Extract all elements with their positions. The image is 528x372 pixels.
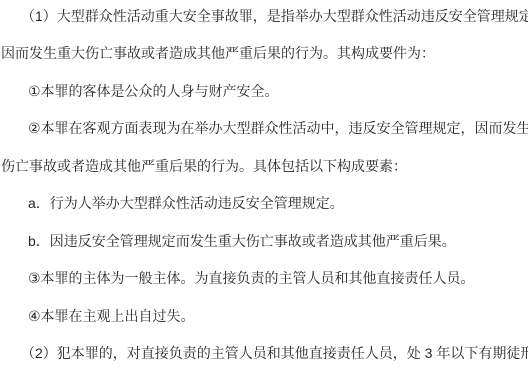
text-line: （1）大型群众性活动重大安全事故罪，是指举办大型群众性活动违反安全管理规定， xyxy=(21,8,528,24)
text-line: a．行为人举办大型群众性活动违反安全管理规定。 xyxy=(28,195,344,211)
text-line: 伤亡事故或者造成其他严重后果的行为。具体包括以下构成要素： xyxy=(1,158,407,174)
text-line: b．因违反安全管理规定而发生重大伤亡事故或者造成其他严重后果。 xyxy=(28,233,456,249)
text-line: ②本罪在客观方面表现为在举办大型群众性活动中，违反安全管理规定，因而发生重大 xyxy=(28,120,528,136)
text-line: ①本罪的客体是公众的人身与财产安全。 xyxy=(28,83,279,99)
text-line: ③本罪的主体为一般主体。为直接负责的主管人员和其他直接责任人员。 xyxy=(28,270,475,286)
text-line: ④本罪在主观上出自过失。 xyxy=(28,308,195,324)
document-page: （1）大型群众性活动重大安全事故罪，是指举办大型群众性活动违反安全管理规定， 因… xyxy=(0,0,528,372)
text-line: 因而发生重大伤亡事故或者造成其他严重后果的行为。其构成要件为： xyxy=(1,45,435,61)
text-line: （2）犯本罪的，对直接负责的主管人员和其他直接责任人员，处 3 年以下有期徒刑或 xyxy=(21,345,528,361)
